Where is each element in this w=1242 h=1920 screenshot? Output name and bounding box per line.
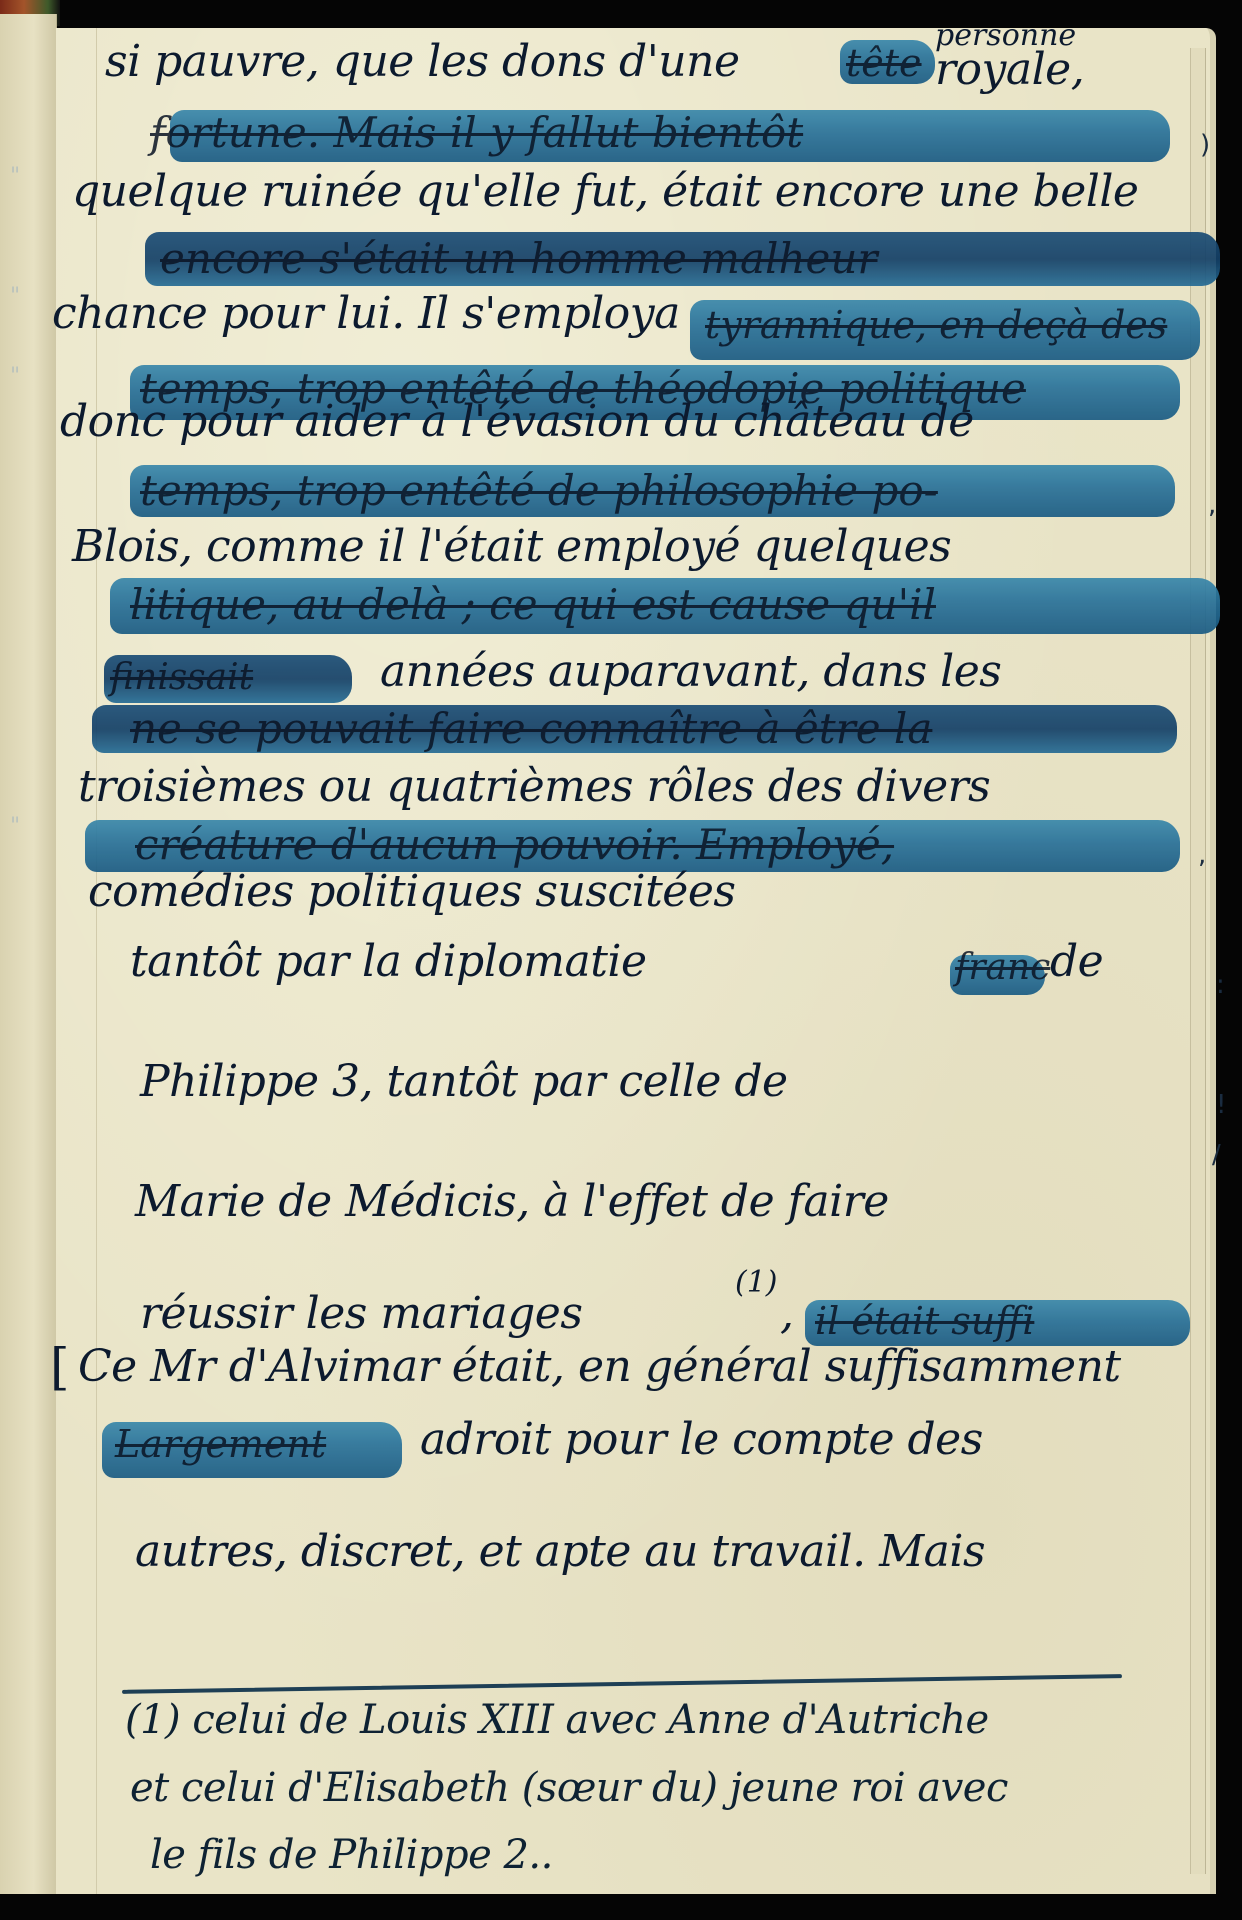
comma: , [780, 1292, 794, 1336]
margin-mark: ! [1216, 1090, 1226, 1120]
manuscript-line-5: chance pour lui. Il s'employa [52, 292, 680, 336]
footnote-reference: (1) [735, 1265, 778, 1300]
footnote-text: (1) celui de Louis XIII avec Anne d'Autr… [125, 1697, 989, 1743]
line-text: adroit pour le compte des [420, 1414, 983, 1465]
footnote-line-1: (1) celui de Louis XIII avec Anne d'Autr… [125, 1700, 989, 1740]
struck-word: Largement [115, 1425, 326, 1463]
margin-mark: , [1208, 490, 1216, 520]
line-text: Blois, comme il l'était employé quelques [72, 521, 951, 572]
line-text: comédies politiques suscitées [88, 866, 735, 917]
manuscript-line-16: tantôt par la diplomatie [130, 940, 647, 984]
footnote-line-3: le fils de Philippe 2.. [150, 1835, 553, 1875]
struck-word: tête [846, 44, 922, 82]
struck-phrase: tyrannique, en deçà des [705, 306, 1167, 344]
struck-line-4: encore s'était un homme malheur [160, 238, 878, 280]
margin-mark: " [10, 164, 20, 189]
footnote-text: le fils de Philippe 2.. [150, 1832, 553, 1878]
margin-mark: " [10, 284, 20, 309]
insertion-bracket: [ [50, 1338, 70, 1396]
line-text: chance pour lui. Il s'employa [52, 288, 680, 339]
manuscript-line-18: Marie de Médicis, à l'effet de faire [135, 1180, 889, 1224]
margin-mark: " [10, 814, 20, 839]
line-text: donc pour aider à l'évasion du château d… [60, 396, 974, 447]
manuscript-line-1: si pauvre, que les dons d'une [105, 40, 740, 84]
line-text: Marie de Médicis, à l'effet de faire [135, 1176, 889, 1227]
margin-mark: : [1216, 970, 1225, 1000]
line-text: quelque ruinée qu'elle fut, était encore… [72, 166, 1138, 217]
line-text: autres, discret, et apte au travail. Mai… [135, 1526, 985, 1577]
line-text: années auparavant, dans les [380, 646, 1001, 697]
line-text: tantôt par la diplomatie [130, 936, 647, 987]
struck-word: franc [955, 950, 1050, 986]
manuscript-line-13: troisièmes ou quatrièmes rôles des diver… [78, 765, 990, 809]
footnote-text: et celui d'Elisabeth (sœur du) jeune roi… [130, 1765, 1008, 1811]
line-text: Ce Mr d'Alvimar était, en général suffis… [78, 1341, 1121, 1392]
manuscript-line-21: adroit pour le compte des [420, 1418, 983, 1462]
line-text: troisièmes ou quatrièmes rôles des diver… [78, 761, 990, 812]
manuscript-line-22: autres, discret, et apte au travail. Mai… [135, 1530, 985, 1574]
line-text: Philippe 3, tantôt par celle de [140, 1056, 788, 1107]
manuscript-line-19: réussir les mariages [140, 1292, 582, 1336]
line-tail: royale, [935, 48, 1084, 92]
manuscript-line-15: comédies politiques suscitées [88, 870, 735, 914]
footnote-line-2: et celui d'Elisabeth (sœur du) jeune roi… [130, 1768, 1008, 1808]
manuscript-line-9: Blois, comme il l'était employé quelques [72, 525, 951, 569]
struck-line-14: créature d'aucun pouvoir. Employé, [135, 824, 894, 866]
manuscript-line-7: donc pour aider à l'évasion du château d… [60, 400, 974, 444]
margin-mark: / [1212, 1140, 1221, 1170]
facing-page-edge: " " " " [0, 14, 57, 1894]
margin-mark: ) [1200, 130, 1210, 160]
manuscript-line-17: Philippe 3, tantôt par celle de [140, 1060, 788, 1104]
struck-line-2: fortune. Mais il y fallut bientôt [150, 112, 803, 154]
manuscript-line-11: années auparavant, dans les [380, 650, 1001, 694]
struck-line-10: litique, au delà ; ce qui est cause qu'i… [130, 584, 936, 626]
margin-mark: " [10, 364, 20, 389]
line-tail: de [1050, 940, 1103, 984]
struck-line-12: ne se pouvait faire connaître à être la [130, 708, 932, 750]
manuscript-line-3: quelque ruinée qu'elle fut, était encore… [72, 170, 1138, 214]
margin-mark: , [1198, 840, 1206, 870]
struck-word: finissait [110, 660, 253, 696]
manuscript-line-20: Ce Mr d'Alvimar était, en général suffis… [78, 1345, 1121, 1389]
line-text: si pauvre, que les dons d'une [105, 36, 740, 87]
struck-line-8: temps, trop entêté de philosophie po- [140, 470, 938, 512]
line-text: réussir les mariages [140, 1288, 582, 1339]
struck-phrase: il était suffi [815, 1302, 1034, 1340]
